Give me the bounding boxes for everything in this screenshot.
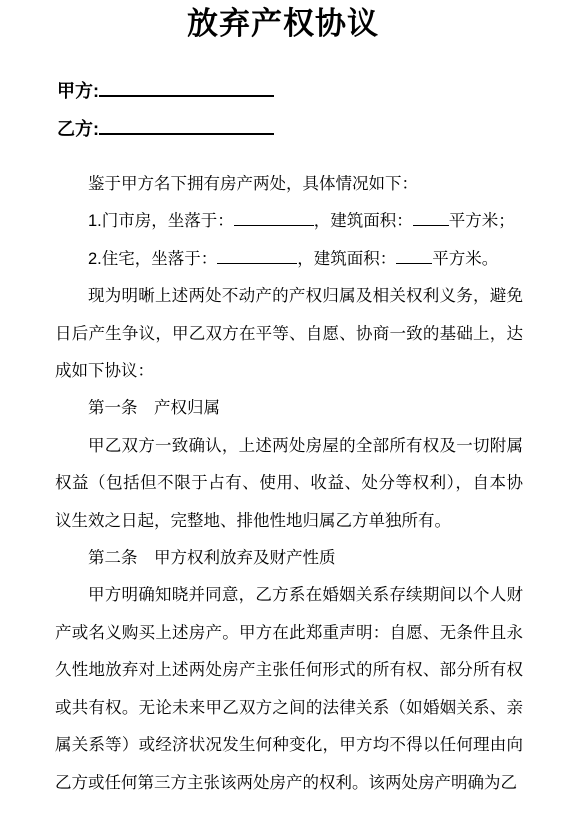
property-1-text-suf: 平方米； — [449, 212, 515, 230]
party-b-name-blank-line — [99, 115, 274, 135]
property-2-area-blank-line — [396, 246, 432, 264]
property-2-text-pre: 2.住宅，坐落于： — [88, 250, 217, 268]
property-item-2: 2.住宅，坐落于：，建筑面积：平方米。 — [55, 241, 523, 278]
document-page: 放弃产权协议 甲方: 乙方: 鉴于甲方名下拥有房产两处，具体情况如下： 1.门市… — [0, 0, 566, 822]
property-item-1: 1.门市房，坐落于：，建筑面积：平方米； — [55, 203, 523, 240]
article-2-heading: 第二条 甲方权利放弃及财产性质 — [55, 540, 523, 577]
party-line-yifang: 乙方: — [57, 115, 566, 153]
property-1-area-blank-line — [413, 209, 449, 227]
property-1-text-pre: 1.门市房，坐落于： — [88, 212, 234, 230]
article-1-heading: 第一条 产权归属 — [55, 390, 523, 427]
document-title: 放弃产权协议 — [0, 0, 566, 43]
background-paragraph: 现为明晰上述两处不动产的产权归属及相关权利义务，避免日后产生争议，甲乙双方在平等… — [55, 278, 523, 390]
party-b-label: 乙方: — [57, 119, 99, 139]
property-1-text-mid: ，建筑面积： — [314, 212, 413, 230]
party-a-name-blank-line — [99, 77, 274, 97]
intro-paragraph: 鉴于甲方名下拥有房产两处，具体情况如下： — [55, 166, 523, 203]
property-2-text-mid: ，建筑面积： — [297, 250, 396, 268]
party-block: 甲方: 乙方: — [57, 77, 566, 153]
property-1-location-blank-line — [234, 209, 314, 227]
article-2-body: 甲方明确知晓并同意，乙方系在婚姻关系存续期间以个人财产或名义购买上述房产。甲方在… — [55, 577, 523, 801]
article-1-body: 甲乙双方一致确认，上述两处房屋的全部所有权及一切附属权益（包括但不限于占有、使用… — [55, 428, 523, 540]
property-2-text-suf: 平方米。 — [432, 250, 498, 268]
party-a-label: 甲方: — [57, 81, 99, 101]
property-2-location-blank-line — [217, 246, 297, 264]
party-line-jiafang: 甲方: — [57, 77, 566, 115]
document-body: 鉴于甲方名下拥有房产两处，具体情况如下： 1.门市房，坐落于：，建筑面积：平方米… — [55, 166, 523, 802]
